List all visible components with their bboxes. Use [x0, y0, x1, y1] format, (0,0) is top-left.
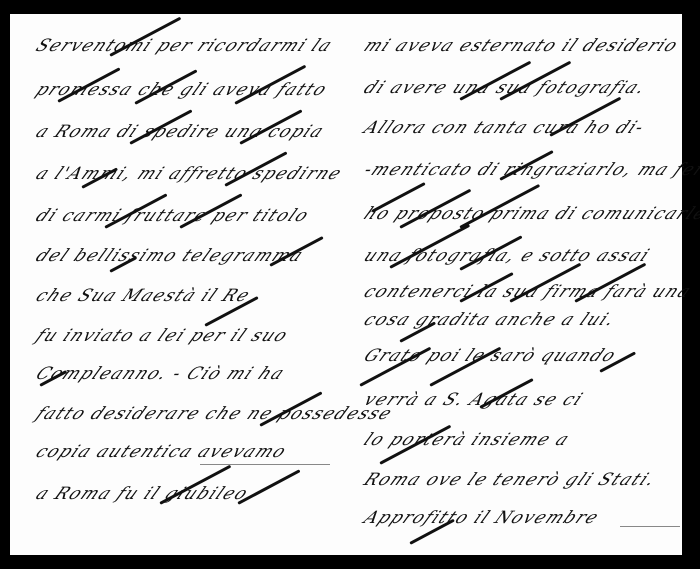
left-line-11: copia autentica avevamo — [32, 442, 291, 462]
right-line-3: Allora con tanta cura ho di- — [360, 118, 649, 138]
left-line-3: a Roma di spedire una copia — [32, 122, 328, 142]
right-column: mi aveva esternato il desiderio di avere… — [350, 14, 680, 555]
left-line-10: fatto desiderare che ne possedesse — [32, 404, 397, 424]
right-line-13: Approfitto il Novembre — [360, 508, 603, 528]
right-line-11: lo porterà insieme a — [360, 430, 574, 450]
left-line-7: che Sua Maestà il Re — [32, 286, 255, 306]
right-line-12: Roma ove le tenerò gli Stati. — [360, 470, 660, 490]
left-line-1: Serventomi per ricordarmi la — [32, 36, 337, 56]
left-line-12: a Roma fu il giubileo — [32, 484, 253, 504]
left-column: Serventomi per ricordarmi la promessa ch… — [10, 14, 340, 555]
left-line-9: Compleanno. - Ciò mi ha — [32, 364, 289, 384]
left-line-5: di carmi fruttare per titolo — [32, 206, 313, 226]
right-line-8: cosa gradita anche a lui. — [360, 310, 620, 330]
letter-page: Serventomi per ricordarmi la promessa ch… — [10, 14, 682, 555]
ink-trailing-stroke — [200, 464, 330, 465]
ink-trailing-stroke — [620, 526, 680, 527]
left-line-8: fu inviato a lei per il suo — [32, 326, 292, 346]
right-line-6: una fotografia, e sotto assai — [360, 246, 654, 266]
right-line-1: mi aveva esternato il desiderio — [360, 36, 683, 56]
right-line-10: verrà a S. Agata se ci — [360, 390, 587, 410]
left-line-4: a l'Ammi, mi affretto spedirne — [32, 164, 346, 184]
left-line-6: del bellissimo telegramma — [32, 246, 308, 266]
